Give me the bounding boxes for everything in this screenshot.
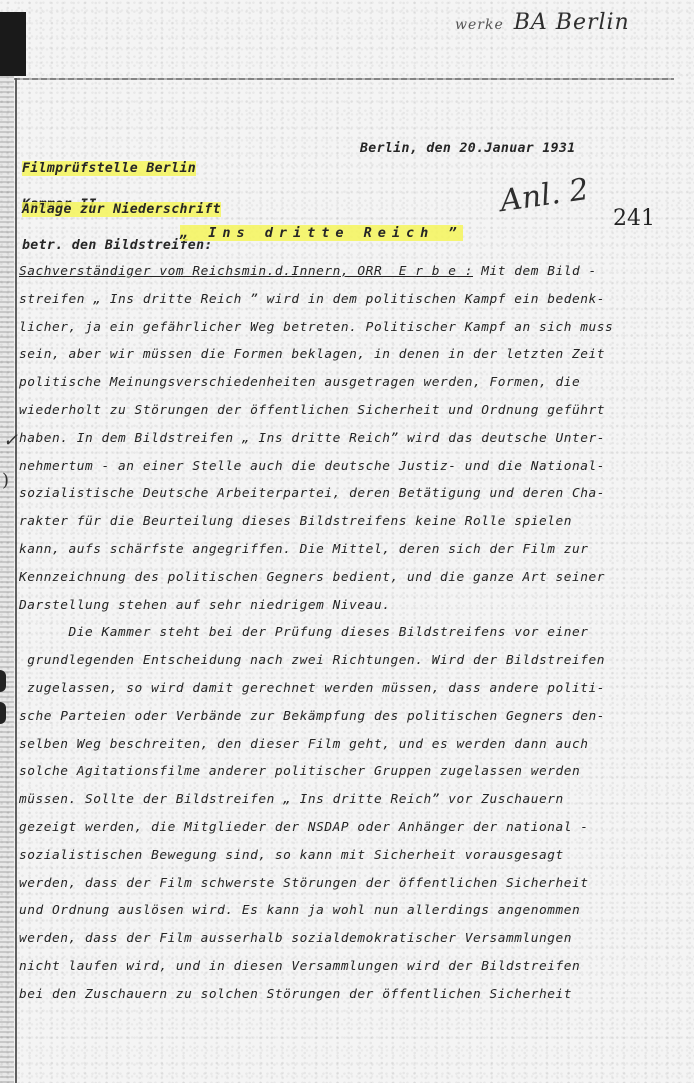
margin-bracket-icon: ) bbox=[2, 470, 9, 491]
film-title: „ Ins dritte Reich ” bbox=[180, 225, 463, 241]
scan-edge-shadow bbox=[0, 12, 26, 76]
body-line: rakter für die Beurteilung dieses Bildst… bbox=[19, 514, 679, 542]
body-line-text: Mit dem Bild - bbox=[473, 264, 597, 279]
body-line: sche Parteien oder Verbände zur Bekämpfu… bbox=[19, 709, 679, 737]
body-line: streifen „ Ins dritte Reich ” wird in de… bbox=[19, 292, 679, 320]
annex-line-1: Anlage zur Niederschrift bbox=[22, 202, 221, 217]
body-line: licher, ja ein gefährlicher Weg betreten… bbox=[19, 320, 679, 348]
body-line: bei den Zuschauern zu solchen Störungen … bbox=[19, 987, 679, 1015]
body-line: und Ordnung auslösen wird. Es kann ja wo… bbox=[19, 903, 679, 931]
margin-line bbox=[15, 78, 17, 1083]
document-body: Sachverständiger vom Reichsmin.d.Innern,… bbox=[19, 264, 679, 1015]
annex-line-2: betr. den Bildstreifen: bbox=[22, 240, 221, 252]
archive-note-faint: werke bbox=[455, 17, 504, 33]
film-title-text: „ Ins dritte Reich ” bbox=[180, 225, 463, 241]
body-line: Die Kammer steht bei der Prüfung dieses … bbox=[19, 625, 679, 653]
body-line: nicht laufen wird, und in diesen Versamm… bbox=[19, 959, 679, 987]
body-line: selben Weg beschreiten, den dieser Film … bbox=[19, 737, 679, 765]
body-line: zugelassen, so wird damit gerechnet werd… bbox=[19, 681, 679, 709]
page-number: 241 bbox=[613, 206, 655, 231]
body-line: solche Agitationsfilme anderer politisch… bbox=[19, 764, 679, 792]
body-line: sozialistischen Bewegung sind, so kann m… bbox=[19, 848, 679, 876]
body-line: haben. In dem Bildstreifen „ Ins dritte … bbox=[19, 431, 679, 459]
scan-left-edge bbox=[0, 76, 14, 1083]
body-line: Kennzeichnung des politischen Gegners be… bbox=[19, 570, 679, 598]
top-rule bbox=[14, 78, 674, 80]
body-line: müssen. Sollte der Bildstreifen „ Ins dr… bbox=[19, 792, 679, 820]
handwritten-annex-ref: Anl. 2 bbox=[498, 172, 591, 219]
body-line: grundlegenden Entscheidung nach zwei Ric… bbox=[19, 653, 679, 681]
body-line: gezeigt werden, die Mitglieder der NSDAP… bbox=[19, 820, 679, 848]
punch-hole-mark-icon bbox=[0, 670, 6, 692]
body-line: Darstellung stehen auf sehr niedrigem Ni… bbox=[19, 598, 679, 626]
punch-hole-mark-icon bbox=[0, 702, 6, 724]
body-line: werden, dass der Film ausserhalb soziald… bbox=[19, 931, 679, 959]
margin-check-mark-icon: ✓ bbox=[3, 430, 18, 451]
body-line: wiederholt zu Störungen der öffentlichen… bbox=[19, 403, 679, 431]
archive-note-text: BA Berlin bbox=[514, 10, 630, 35]
body-line: werden, dass der Film schwerste Störunge… bbox=[19, 876, 679, 904]
body-line: sozialistische Deutsche Arbeiterpartei, … bbox=[19, 486, 679, 514]
body-line: politische Meinungsverschiedenheiten aus… bbox=[19, 375, 679, 403]
office-name: Filmprüfstelle Berlin bbox=[22, 161, 196, 176]
body-line: Sachverständiger vom Reichsmin.d.Innern,… bbox=[19, 264, 679, 292]
scanned-document-page: werkeBA Berlin Filmprüfstelle Berlin Kam… bbox=[0, 0, 694, 1083]
place-date: Berlin, den 20.Januar 1931 bbox=[360, 141, 576, 156]
body-line: nehmertum - an einer Stelle auch die deu… bbox=[19, 459, 679, 487]
speaker-label: Sachverständiger vom Reichsmin.d.Innern,… bbox=[19, 264, 473, 279]
body-line: kann, aufs schärfste angegriffen. Die Mi… bbox=[19, 542, 679, 570]
body-line: sein, aber wir müssen die Formen beklage… bbox=[19, 347, 679, 375]
archive-handwritten-note: werkeBA Berlin bbox=[455, 10, 630, 35]
